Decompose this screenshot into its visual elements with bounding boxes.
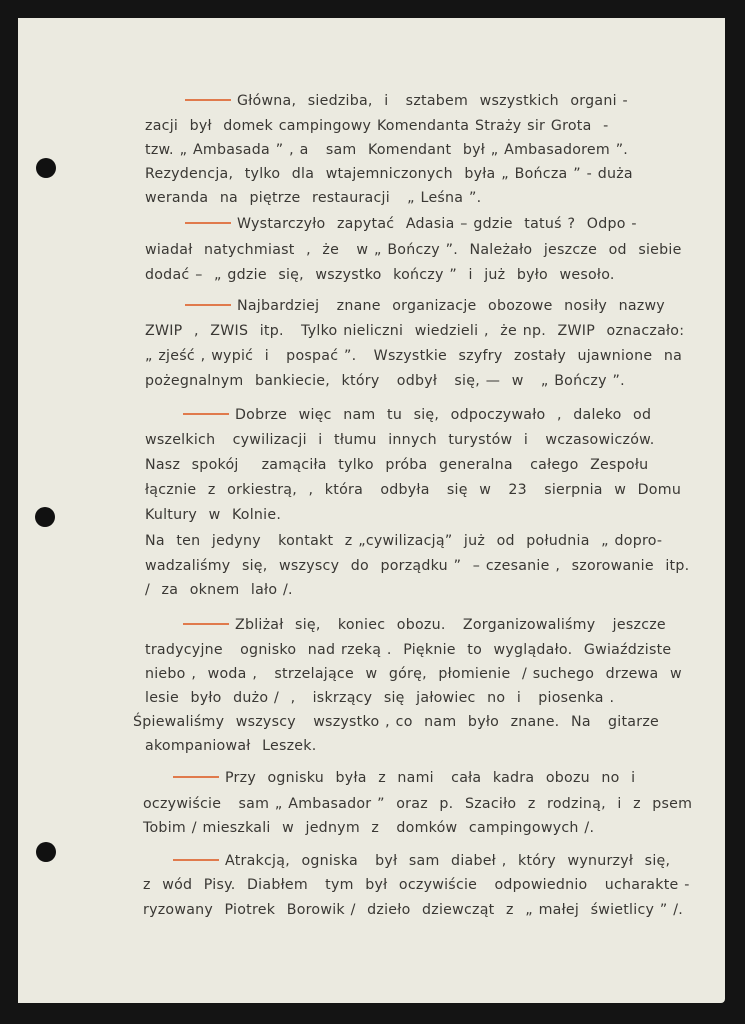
- paragraph-dash-marker: [183, 623, 229, 625]
- line-text: Kultury w Kolnie.: [145, 507, 281, 523]
- paragraph-dash-marker: [185, 304, 231, 306]
- text-line: wiadał natychmiast , że w „ Bończy ”. Na…: [145, 239, 682, 261]
- line-text: Główna, siedziba, i sztabem wszystkich o…: [237, 93, 628, 109]
- text-line: Wystarczyło zapytać Adasia – gdzie tatuś…: [185, 213, 637, 235]
- text-line: Najbardziej znane organizacje obozowe no…: [185, 295, 665, 317]
- text-line: Na ten jedyny kontakt z „cywilizacją” ju…: [145, 530, 662, 552]
- text-line: tradycyjne ognisko nad rzeką . Pięknie t…: [145, 639, 671, 661]
- line-text: Rezydencja, tylko dla wtajemniczonych by…: [145, 166, 633, 182]
- text-line: ZWIP , ZWIS itp. Tylko nieliczni wiedzie…: [145, 320, 684, 342]
- line-text: Nasz spokój zamąciła tylko próba general…: [145, 457, 648, 473]
- text-line: niebo , woda , strzelające w górę, płomi…: [145, 663, 682, 685]
- paragraph-dash-marker: [185, 99, 231, 101]
- line-text: Wystarczyło zapytać Adasia – gdzie tatuś…: [237, 216, 637, 232]
- line-text: Zbliżał się, koniec obozu. Zorganizowali…: [235, 617, 666, 633]
- text-line: wszelkich cywilizacji i tłumu innych tur…: [145, 429, 655, 451]
- line-text: Tobim / mieszkali w jednym z domków camp…: [143, 820, 594, 836]
- text-line: Przy ognisku była z nami cała kadra oboz…: [173, 767, 635, 789]
- line-text: Śpiewaliśmy wszyscy wszystko , co nam by…: [133, 714, 659, 730]
- text-line: Kultury w Kolnie.: [145, 504, 281, 526]
- text-line: ryzowany Piotrek Borowik / dzieło dziewc…: [143, 899, 683, 921]
- line-text: wiadał natychmiast , że w „ Bończy ”. Na…: [145, 242, 682, 258]
- line-text: ZWIP , ZWIS itp. Tylko nieliczni wiedzie…: [145, 323, 684, 339]
- line-text: weranda na piętrze restauracji „ Leśna ”…: [145, 190, 481, 206]
- text-line: pożegnalnym bankiecie, który odbył się, …: [145, 370, 625, 392]
- text-line: z wód Pisy. Diabłem tym był oczywiście o…: [143, 874, 690, 896]
- text-line: Śpiewaliśmy wszyscy wszystko , co nam by…: [133, 711, 659, 733]
- line-text: tzw. „ Ambasada ” , a sam Komendant był …: [145, 142, 628, 158]
- paragraph-dash-marker: [183, 413, 229, 415]
- line-text: Na ten jedyny kontakt z „cywilizacją” ju…: [145, 533, 662, 549]
- punch-hole: [36, 158, 56, 178]
- text-line: dodać – „ gdzie się, wszystko kończy ” i…: [145, 264, 615, 286]
- paragraph-dash-marker: [173, 859, 219, 861]
- text-line: wadzaliśmy się, wszyscy do porządku ” – …: [145, 555, 689, 577]
- text-line: weranda na piętrze restauracji „ Leśna ”…: [145, 187, 481, 209]
- paragraph-dash-marker: [173, 776, 219, 778]
- line-text: lesie było dużo / , iskrzący się jałowie…: [145, 690, 614, 706]
- text-line: zacji był domek campingowy Komendanta St…: [145, 115, 608, 137]
- line-text: oczywiście sam „ Ambasador ” oraz p. Sza…: [143, 796, 692, 812]
- line-text: wszelkich cywilizacji i tłumu innych tur…: [145, 432, 655, 448]
- line-text: akompaniował Leszek.: [145, 738, 317, 754]
- line-text: Dobrze więc nam tu się, odpoczywało , da…: [235, 407, 651, 423]
- line-text: tradycyjne ognisko nad rzeką . Pięknie t…: [145, 642, 671, 658]
- line-text: Atrakcją, ogniska był sam diabeł , który…: [225, 853, 670, 869]
- line-text: / za oknem lało /.: [145, 582, 293, 598]
- text-line: / za oknem lało /.: [145, 579, 293, 601]
- text-line: Główna, siedziba, i sztabem wszystkich o…: [185, 90, 628, 112]
- text-line: Rezydencja, tylko dla wtajemniczonych by…: [145, 163, 633, 185]
- line-text: z wód Pisy. Diabłem tym był oczywiście o…: [143, 877, 690, 893]
- line-text: łącznie z orkiestrą, , która odbyła się …: [145, 482, 681, 498]
- line-text: Przy ognisku była z nami cała kadra oboz…: [225, 770, 635, 786]
- line-text: wadzaliśmy się, wszyscy do porządku ” – …: [145, 558, 689, 574]
- typewritten-page: Główna, siedziba, i sztabem wszystkich o…: [18, 18, 725, 1003]
- line-text: Najbardziej znane organizacje obozowe no…: [237, 298, 665, 314]
- text-line: akompaniował Leszek.: [145, 735, 317, 757]
- text-line: Atrakcją, ogniska był sam diabeł , który…: [173, 850, 670, 872]
- punch-hole: [35, 507, 55, 527]
- line-text: ryzowany Piotrek Borowik / dzieło dziewc…: [143, 902, 683, 918]
- text-line: oczywiście sam „ Ambasador ” oraz p. Sza…: [143, 793, 692, 815]
- text-line: „ zjeść , wypić i pospać ”. Wszystkie sz…: [145, 345, 682, 367]
- text-line: Nasz spokój zamąciła tylko próba general…: [145, 454, 648, 476]
- line-text: dodać – „ gdzie się, wszystko kończy ” i…: [145, 267, 615, 283]
- text-line: Zbliżał się, koniec obozu. Zorganizowali…: [183, 614, 666, 636]
- line-text: pożegnalnym bankiecie, który odbył się, …: [145, 373, 625, 389]
- text-line: Dobrze więc nam tu się, odpoczywało , da…: [183, 404, 651, 426]
- punch-hole: [36, 842, 56, 862]
- text-line: Tobim / mieszkali w jednym z domków camp…: [143, 817, 594, 839]
- line-text: zacji był domek campingowy Komendanta St…: [145, 118, 608, 134]
- line-text: „ zjeść , wypić i pospać ”. Wszystkie sz…: [145, 348, 682, 364]
- text-line: tzw. „ Ambasada ” , a sam Komendant był …: [145, 139, 628, 161]
- paragraph-dash-marker: [185, 222, 231, 224]
- text-line: lesie było dużo / , iskrzący się jałowie…: [145, 687, 614, 709]
- text-line: łącznie z orkiestrą, , która odbyła się …: [145, 479, 681, 501]
- line-text: niebo , woda , strzelające w górę, płomi…: [145, 666, 682, 682]
